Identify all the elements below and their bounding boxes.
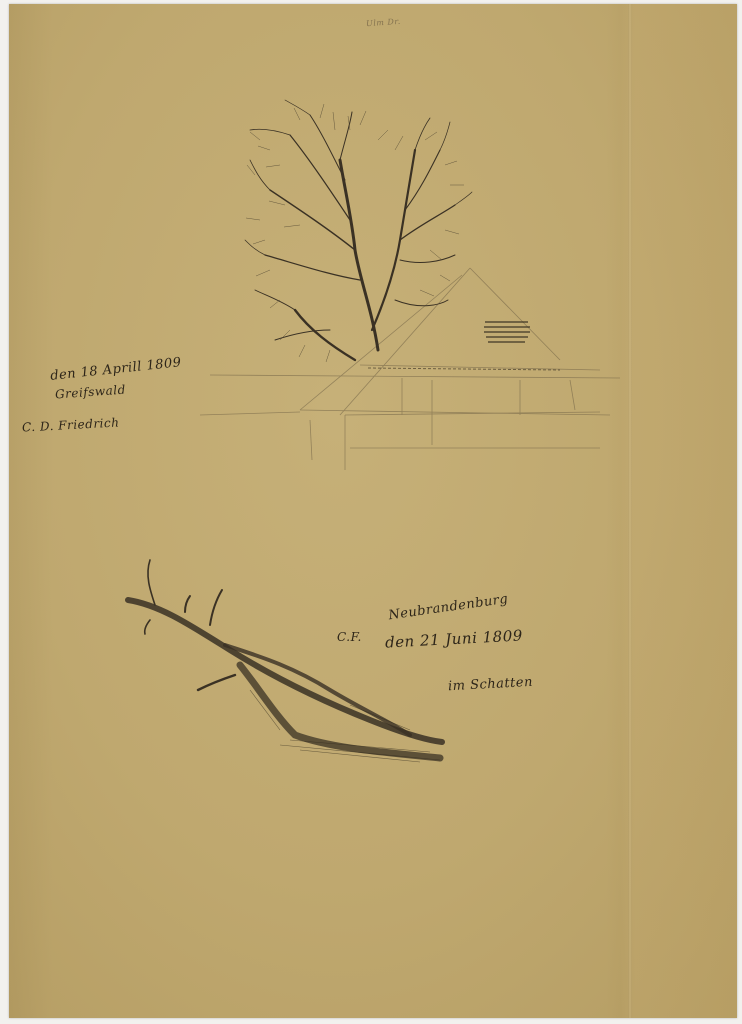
sketch-drawings <box>0 0 742 1024</box>
tree-twigs <box>246 104 464 362</box>
branch-sketch <box>128 560 442 758</box>
barn-roof-hatch <box>484 322 530 342</box>
right-prefix: C.F. <box>337 630 362 644</box>
tree-sketch <box>245 100 472 360</box>
barn-sketch <box>200 268 620 470</box>
